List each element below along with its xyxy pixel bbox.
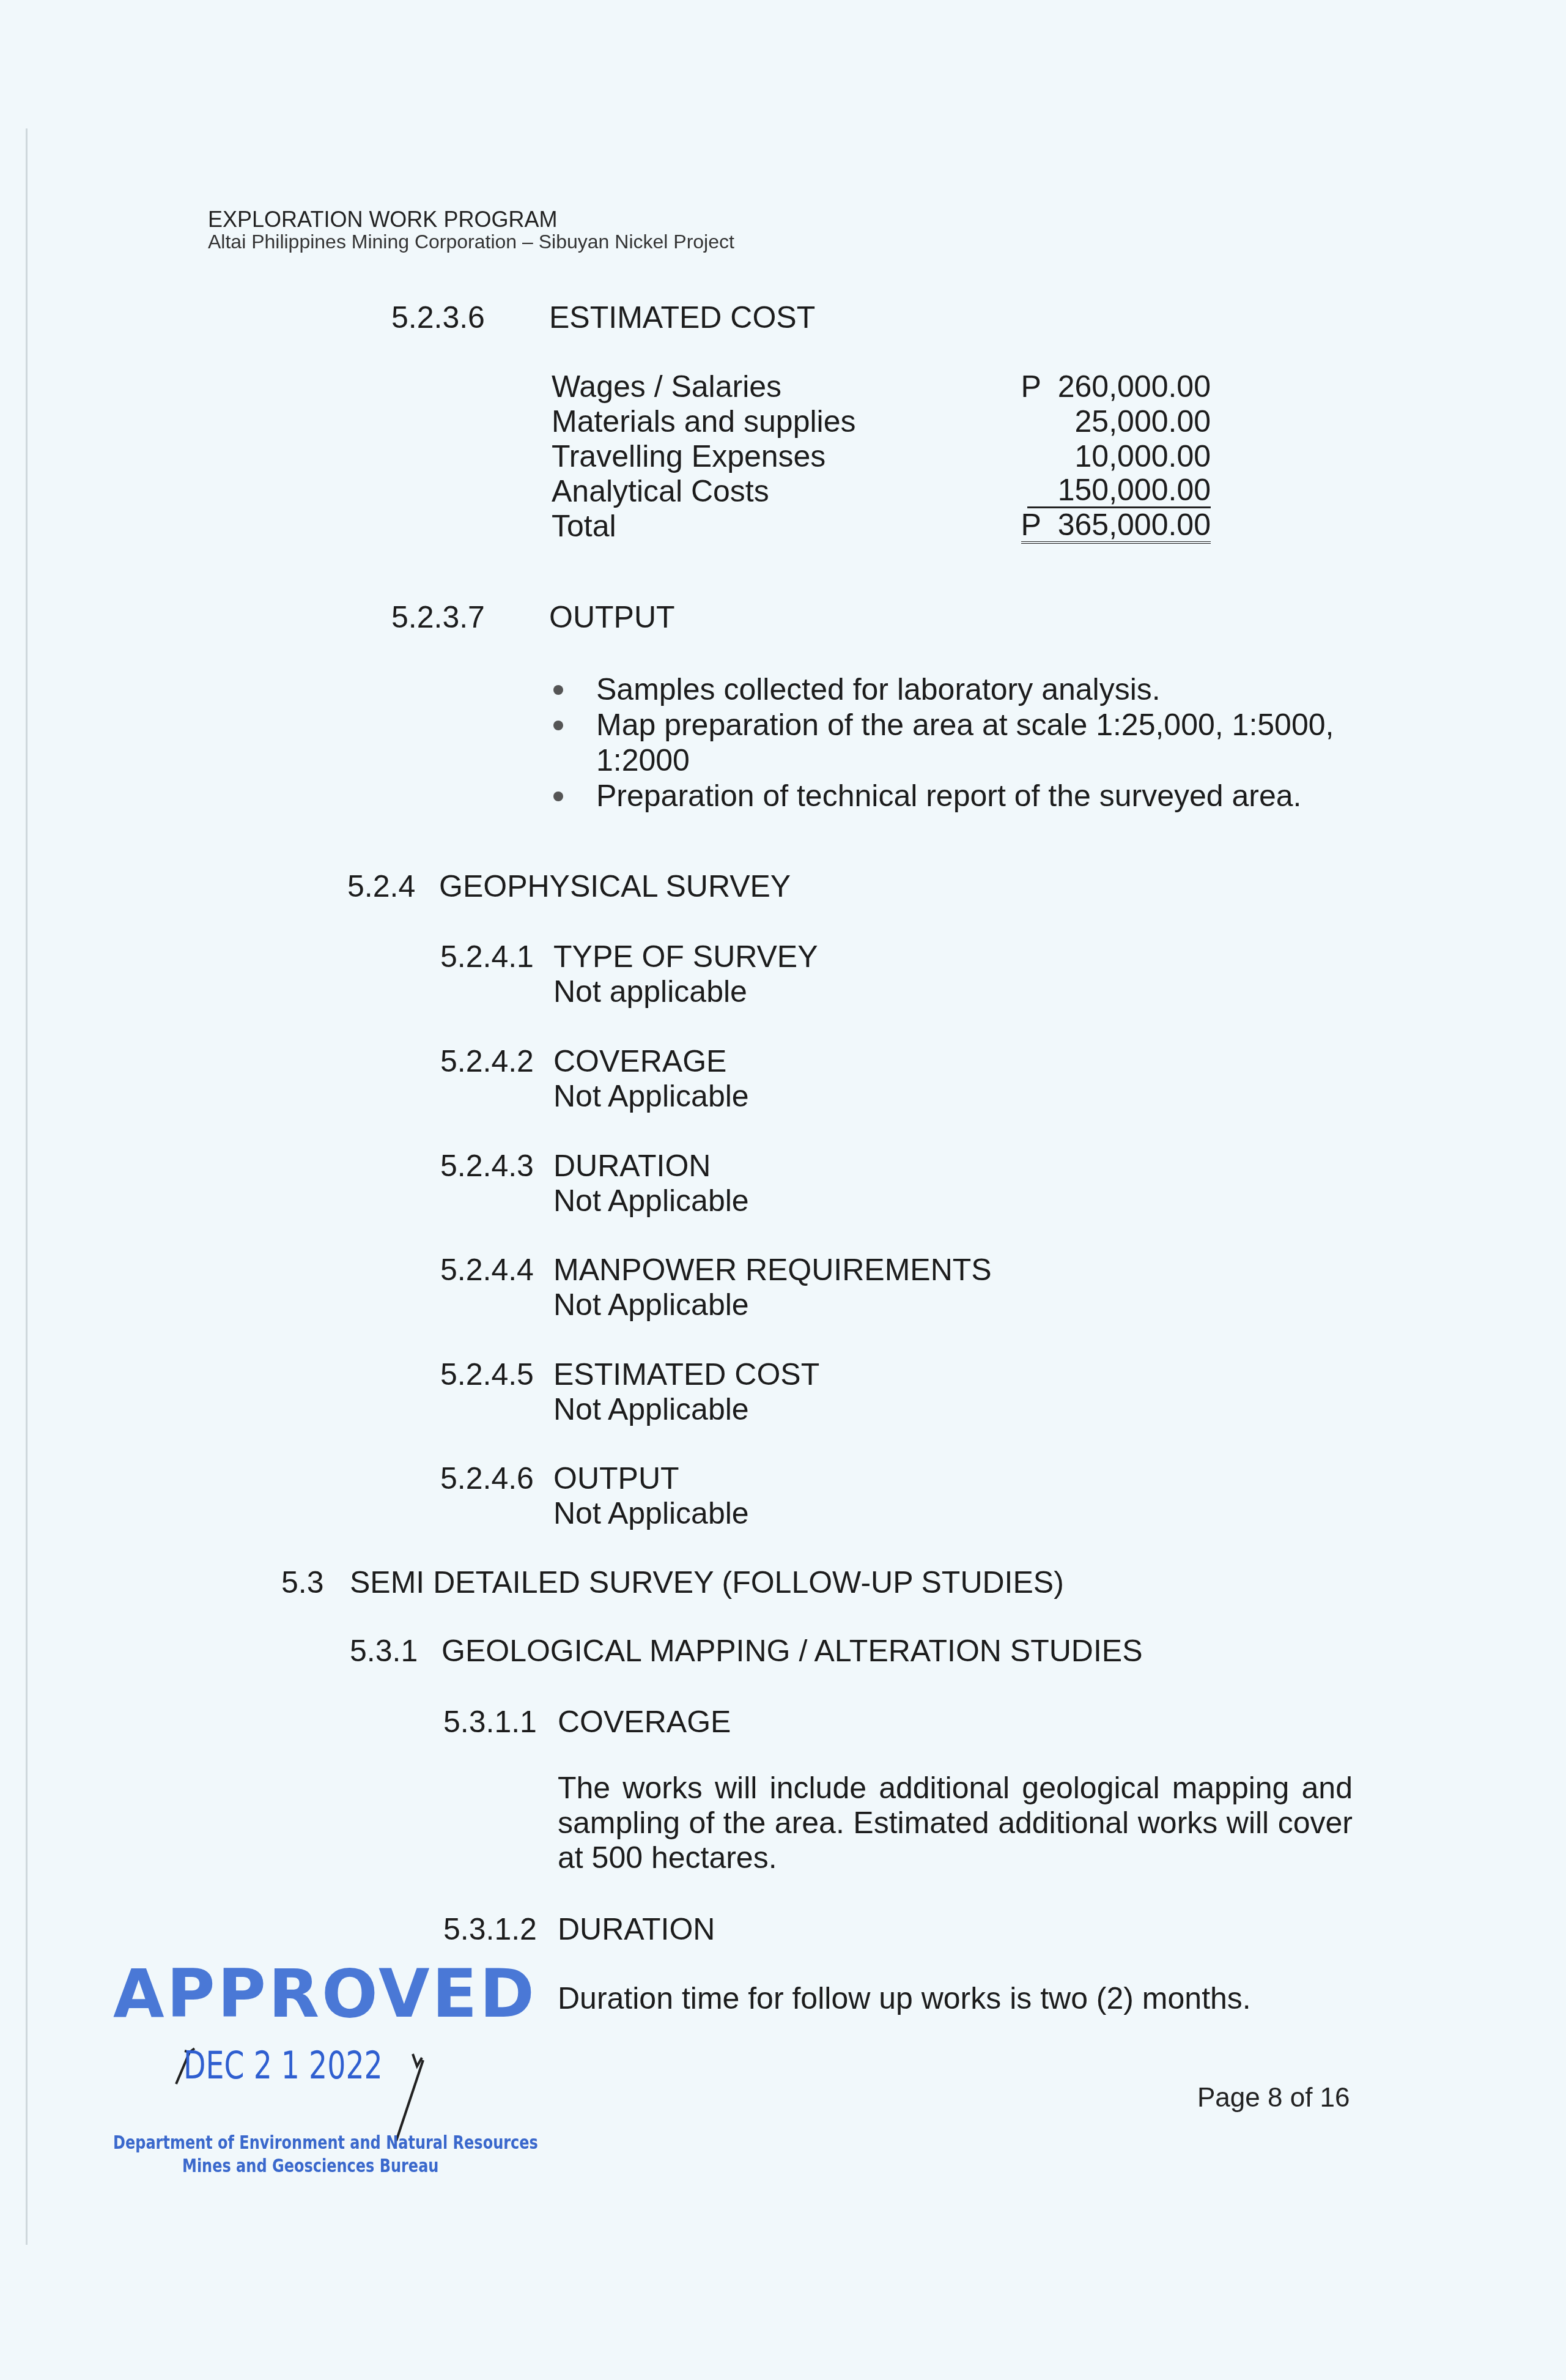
cost-amount: 150,000.00 [1027, 473, 1211, 508]
section-number: 5.3.1 [350, 1633, 418, 1669]
section-body: Not Applicable [553, 1392, 749, 1427]
stamp-org-line1: Department of Environment and Natural Re… [113, 2132, 538, 2154]
cost-amount: P 260,000.00 [1021, 369, 1211, 404]
section-title: DURATION [553, 1148, 711, 1184]
stamp-org-line2: Mines and Geosciences Bureau [182, 2156, 438, 2177]
section-title: OUTPUT [549, 599, 675, 635]
section-title: COVERAGE [558, 1704, 731, 1740]
section-title: OUTPUT [553, 1461, 679, 1496]
bullet-icon [553, 791, 563, 801]
section-title: COVERAGE [553, 1044, 726, 1079]
section-body: Not applicable [553, 974, 747, 1009]
section-body: Not Applicable [553, 1078, 749, 1114]
section-title: GEOLOGICAL MAPPING / ALTERATION STUDIES [441, 1633, 1143, 1669]
cost-amount: 25,000.00 [1075, 404, 1211, 439]
bullet-icon [553, 685, 563, 695]
section-body: Not Applicable [553, 1287, 749, 1322]
cost-amount: P 365,000.00 [1021, 508, 1211, 544]
section-number: 5.2.4.3 [440, 1148, 534, 1184]
section-title: TYPE OF SURVEY [553, 939, 818, 974]
section-number: 5.2.4.5 [440, 1357, 534, 1392]
duration-paragraph: Duration time for follow up works is two… [558, 1981, 1251, 2016]
output-bullet: Samples collected for laboratory analysi… [553, 672, 1367, 707]
cost-label: Total [552, 508, 616, 544]
coverage-paragraph: The works will include additional geolog… [558, 1771, 1353, 1875]
bullet-icon [553, 721, 563, 730]
section-number: 5.2.4.6 [440, 1461, 534, 1496]
section-number: 5.3.1.2 [443, 1911, 537, 1947]
approved-stamp: APPROVED [113, 1956, 537, 2033]
approval-date: DEC 2 1 2022 [183, 2043, 383, 2088]
doc-header-title: EXPLORATION WORK PROGRAM [208, 207, 557, 232]
cost-label: Materials and supplies [552, 404, 856, 439]
section-title: GEOPHYSICAL SURVEY [439, 869, 791, 904]
section-number: 5.2.4.2 [440, 1044, 534, 1079]
scan-edge-line [26, 128, 28, 2245]
section-number: 5.2.3.7 [391, 599, 485, 635]
output-bullet: Preparation of technical report of the s… [553, 778, 1367, 814]
output-bullet: Map preparation of the area at scale 1:2… [553, 707, 1367, 778]
section-body: Not Applicable [553, 1496, 749, 1531]
section-body: Not Applicable [553, 1183, 749, 1218]
section-title: SEMI DETAILED SURVEY (FOLLOW-UP STUDIES) [350, 1565, 1064, 1600]
section-number: 5.2.3.6 [391, 300, 485, 335]
section-number: 5.2.4 [347, 869, 415, 904]
section-number: 5.2.4.1 [440, 939, 534, 974]
section-number: 5.2.4.4 [440, 1252, 534, 1288]
section-number: 5.3 [281, 1565, 324, 1600]
cost-label: Travelling Expenses [552, 439, 825, 474]
doc-header-subtitle: Altai Philippines Mining Corporation – S… [208, 231, 734, 253]
section-title: DURATION [558, 1911, 715, 1947]
page-number: Page 8 of 16 [1197, 2083, 1350, 2113]
cost-label: Analytical Costs [552, 473, 769, 509]
cost-amount: 10,000.00 [1075, 439, 1211, 474]
section-number: 5.3.1.1 [443, 1704, 537, 1740]
cost-label: Wages / Salaries [552, 369, 781, 404]
section-title: ESTIMATED COST [553, 1357, 819, 1392]
section-title: MANPOWER REQUIREMENTS [553, 1252, 992, 1288]
section-title: ESTIMATED COST [549, 300, 815, 335]
